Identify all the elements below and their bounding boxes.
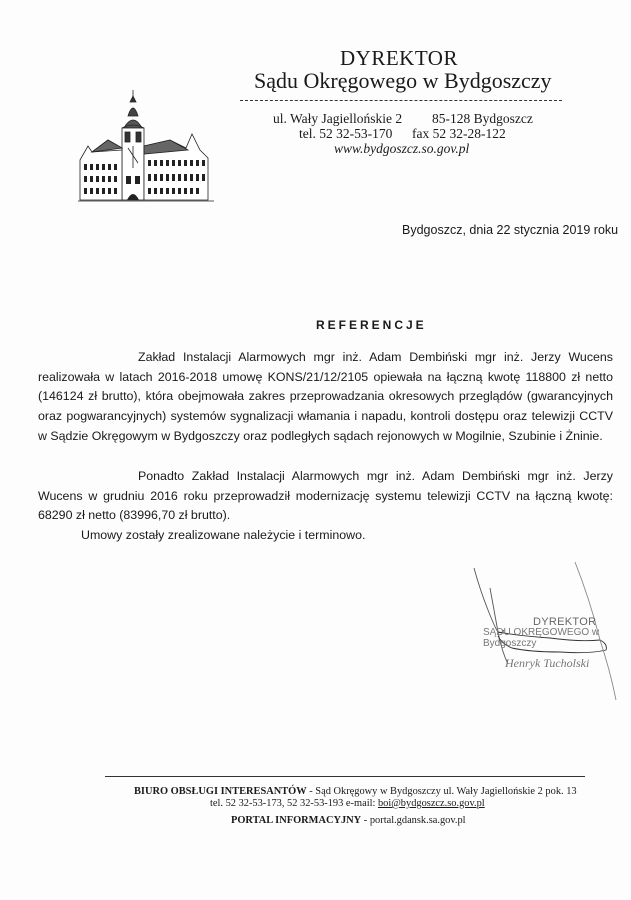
stamp-name: Henryk Tucholski: [505, 656, 589, 671]
stamp-court: SĄDU OKRĘGOWEGO w Bydgoszczy: [483, 627, 631, 649]
footer-office: BIURO OBSŁUGI INTERESANTÓW - Sąd Okręgow…: [134, 786, 577, 797]
paragraph-modernization: Ponadto Zakład Instalacji Alarmowych mgr…: [38, 467, 613, 526]
phone-number: tel. 52 32-53-170: [299, 126, 392, 142]
paragraph-contract: Zakład Instalacji Alarmowych mgr inż. Ad…: [38, 348, 613, 447]
footer-divider: [105, 776, 585, 777]
paragraph-conclusion: Umowy zostały zrealizowane należycie i t…: [38, 526, 613, 546]
footer-phones: tel. 52 32-53-173, 52 32-53-193 e-mail:: [210, 798, 378, 809]
footer-portal-text: - portal.gdansk.sa.gov.pl: [361, 815, 465, 826]
footer-portal-label: PORTAL INFORMACYJNY: [231, 815, 361, 826]
footer-portal: PORTAL INFORMACYJNY - portal.gdansk.sa.g…: [231, 815, 466, 826]
fax-number: fax 52 32-28-122: [412, 126, 506, 142]
footer-office-text: - Sąd Okręgowy w Bydgoszczy ul. Wały Jag…: [307, 786, 577, 797]
date-line: Bydgoszcz, dnia 22 stycznia 2019 roku: [402, 223, 618, 237]
website-link[interactable]: www.bydgoszcz.so.gov.pl: [334, 141, 469, 157]
footer-office-label: BIURO OBSŁUGI INTERESANTÓW: [134, 786, 307, 797]
letterhead-subtitle: Sądu Okręgowego w Bydgoszczy: [254, 68, 552, 94]
court-building-illustration: [78, 88, 214, 208]
address-city: 85-128 Bydgoszcz: [432, 111, 533, 127]
footer-contact: tel. 52 32-53-173, 52 32-53-193 e-mail: …: [210, 798, 485, 809]
address-street: ul. Wały Jagiellońskie 2: [273, 111, 402, 127]
document-heading: REFERENCJE: [316, 318, 427, 332]
footer-email-link[interactable]: boi@bydgoszcz.so.gov.pl: [378, 798, 485, 809]
letterhead-divider: [240, 100, 562, 101]
